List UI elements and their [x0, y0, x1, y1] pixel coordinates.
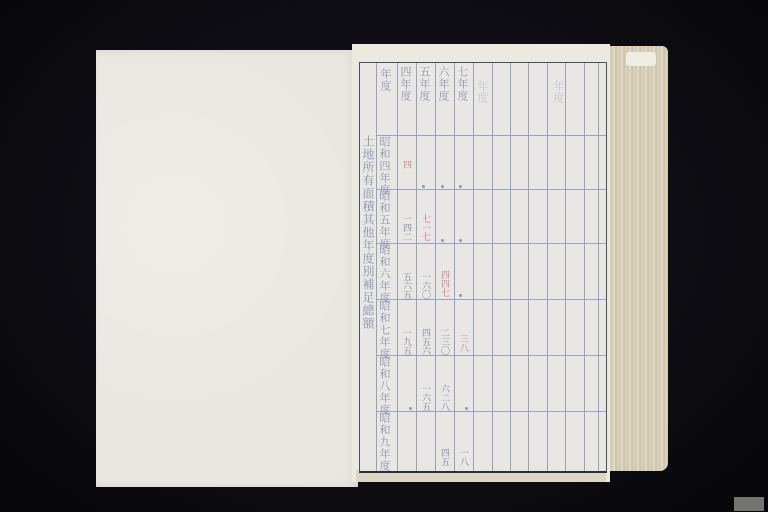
page-edge-top [626, 52, 656, 66]
faint-header-b-text: 年度 [552, 80, 565, 104]
row-label-5: 昭和八年度 [378, 356, 390, 416]
cell-r4-c3: 二三〇 [438, 328, 451, 355]
row-label-1: 昭和四年度 [378, 136, 390, 196]
header-col-1: 四年度 [399, 66, 411, 102]
cell-r5-c3: 六二八 [438, 384, 451, 411]
header-col-4: 七年度 [456, 66, 468, 102]
header-col-1-suffix: 年度 [399, 78, 412, 102]
left-blank-page [96, 50, 358, 487]
cell-r3-c2: 一六〇 [419, 272, 432, 299]
cell-r3-c3-red: 四四七 [438, 270, 451, 297]
side-caption: 土地所有面積其他年度別補足總額 [361, 135, 377, 330]
cell-r4-c2: 四五六 [419, 328, 432, 355]
cell-r6-c3: 四五 [438, 448, 451, 466]
page-edge-stack [602, 46, 668, 471]
header-col-4-suffix: 年度 [456, 78, 469, 102]
header-col-1-num: 四 [399, 66, 412, 78]
row-label-2: 昭和五年度 [378, 190, 390, 250]
ledger-table [359, 62, 607, 473]
faint-header-a-text: 年度 [476, 80, 489, 104]
cell-r6-c4: 一八 [457, 448, 470, 466]
header-label-text: 年度 [379, 68, 392, 92]
cell-r2-c1: 一四二 [400, 214, 413, 241]
cell-r4-c4-red: 三八 [457, 334, 470, 352]
header-col-2-suffix: 年度 [418, 78, 431, 102]
faint-header-b: 年度 [552, 80, 564, 104]
header-col-3: 六年度 [437, 66, 449, 102]
cell-r3-c1: 五六五 [400, 272, 413, 299]
cell-r2-c2-red: 七一七 [419, 214, 432, 241]
header-col-2: 五年度 [418, 66, 430, 102]
row-label-6: 昭和九年度 [378, 412, 390, 472]
cell-r4-c1: 一九五 [400, 328, 413, 355]
row-label-4: 昭和七年度 [378, 300, 390, 360]
cell-r1-c1-red: 四 [400, 160, 413, 169]
faint-header-a: 年度 [476, 80, 488, 104]
row-label-3: 昭和六年度 [378, 244, 390, 304]
header-label: 年度 [379, 68, 391, 92]
header-col-3-num: 六 [437, 66, 450, 78]
corner-artifact [734, 497, 764, 511]
header-col-2-num: 五 [418, 66, 431, 78]
header-col-3-suffix: 年度 [437, 78, 450, 102]
header-col-4-num: 七 [456, 66, 469, 78]
cell-r5-c2: 一六五 [419, 384, 432, 411]
